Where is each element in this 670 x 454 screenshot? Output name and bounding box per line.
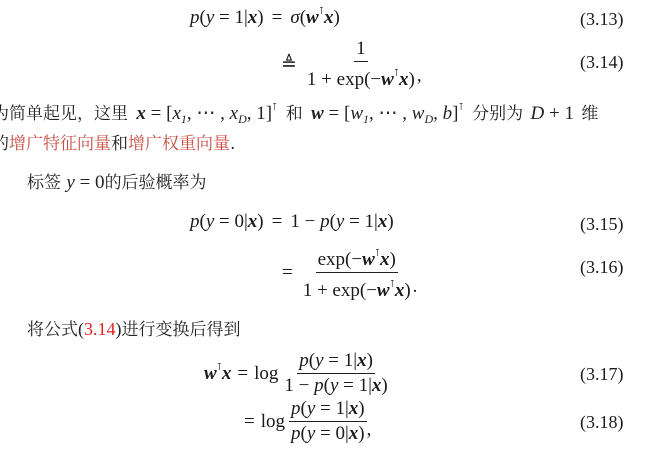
eq-rhs: σ(w⊺x): [290, 6, 339, 29]
x-definition: x = [x1, ⋯ , xD, 1]⊺: [136, 103, 277, 124]
equation-number: (3.17): [580, 364, 624, 385]
equation-number: (3.14): [580, 52, 624, 73]
denominator: p(y = 0|x): [289, 422, 367, 445]
equation-3-18: = log p(y = 1|x) p(y = 0|x) ,: [244, 398, 371, 445]
equation-3-17: w⊺x = log p(y = 1|x) 1 − p(y = 1|x): [204, 350, 390, 397]
equation-number: (3.18): [580, 412, 624, 433]
dimension: D + 1: [531, 103, 574, 124]
eq-relation: ≜: [281, 53, 297, 76]
paragraph-posterior-label: 标签 y = 0的后验概率为: [27, 168, 207, 194]
eq-lhs: p(y = 1|x): [190, 7, 264, 29]
equation-3-16: = exp(−w⊺x) 1 + exp(−w⊺x) .: [282, 243, 417, 302]
denominator: 1 + exp(−w⊺x): [305, 62, 417, 91]
inline-math: y = 0: [66, 172, 104, 193]
eq-lhs: p(y = 0|x): [190, 211, 264, 233]
numerator: p(y = 1|x): [297, 350, 375, 374]
eq-relation: =: [272, 7, 283, 29]
equation-3-15: p(y = 0|x) = 1 − p(y = 1|x): [190, 211, 394, 233]
term-augmented-feature-vector[interactable]: 增广特征向量: [9, 134, 111, 154]
equation-number: (3.13): [580, 9, 624, 30]
fraction: p(y = 1|x) p(y = 0|x): [289, 398, 367, 445]
equation-reference-link[interactable]: 3.14: [84, 319, 116, 339]
numerator: exp(−w⊺x): [316, 243, 398, 273]
equation-number: (3.16): [580, 257, 624, 278]
paragraph-line-1: 为简单起见，这里 x = [x1, ⋯ , xD, 1]⊺ 和 w = [w1,…: [0, 99, 598, 127]
numerator: 1: [354, 38, 368, 62]
equation-3-13: p(y = 1|x) = σ(w⊺x): [190, 6, 340, 29]
fraction: exp(−w⊺x) 1 + exp(−w⊺x): [301, 243, 413, 302]
denominator: 1 − p(y = 1|x): [282, 374, 389, 397]
equation-3-14: ≜ 1 1 + exp(−w⊺x) ,: [281, 38, 422, 91]
numerator: p(y = 1|x): [289, 398, 367, 422]
fraction: 1 1 + exp(−w⊺x): [305, 38, 417, 91]
paragraph-line-2: 的增广特征向量和增广权重向量.: [0, 129, 235, 154]
term-augmented-weight-vector[interactable]: 增广权重向量: [128, 134, 230, 154]
paragraph-transform: 将公式(3.14)进行变换后得到: [27, 315, 241, 340]
eq-lhs: w⊺x: [204, 362, 231, 385]
w-definition: w = [w1, ⋯ , wD, b]⊺: [311, 103, 464, 124]
eq-rhs: 1 − p(y = 1|x): [290, 211, 393, 233]
fraction: p(y = 1|x) 1 − p(y = 1|x): [282, 350, 389, 397]
equation-number: (3.15): [580, 214, 624, 235]
denominator: 1 + exp(−w⊺x): [301, 273, 413, 302]
